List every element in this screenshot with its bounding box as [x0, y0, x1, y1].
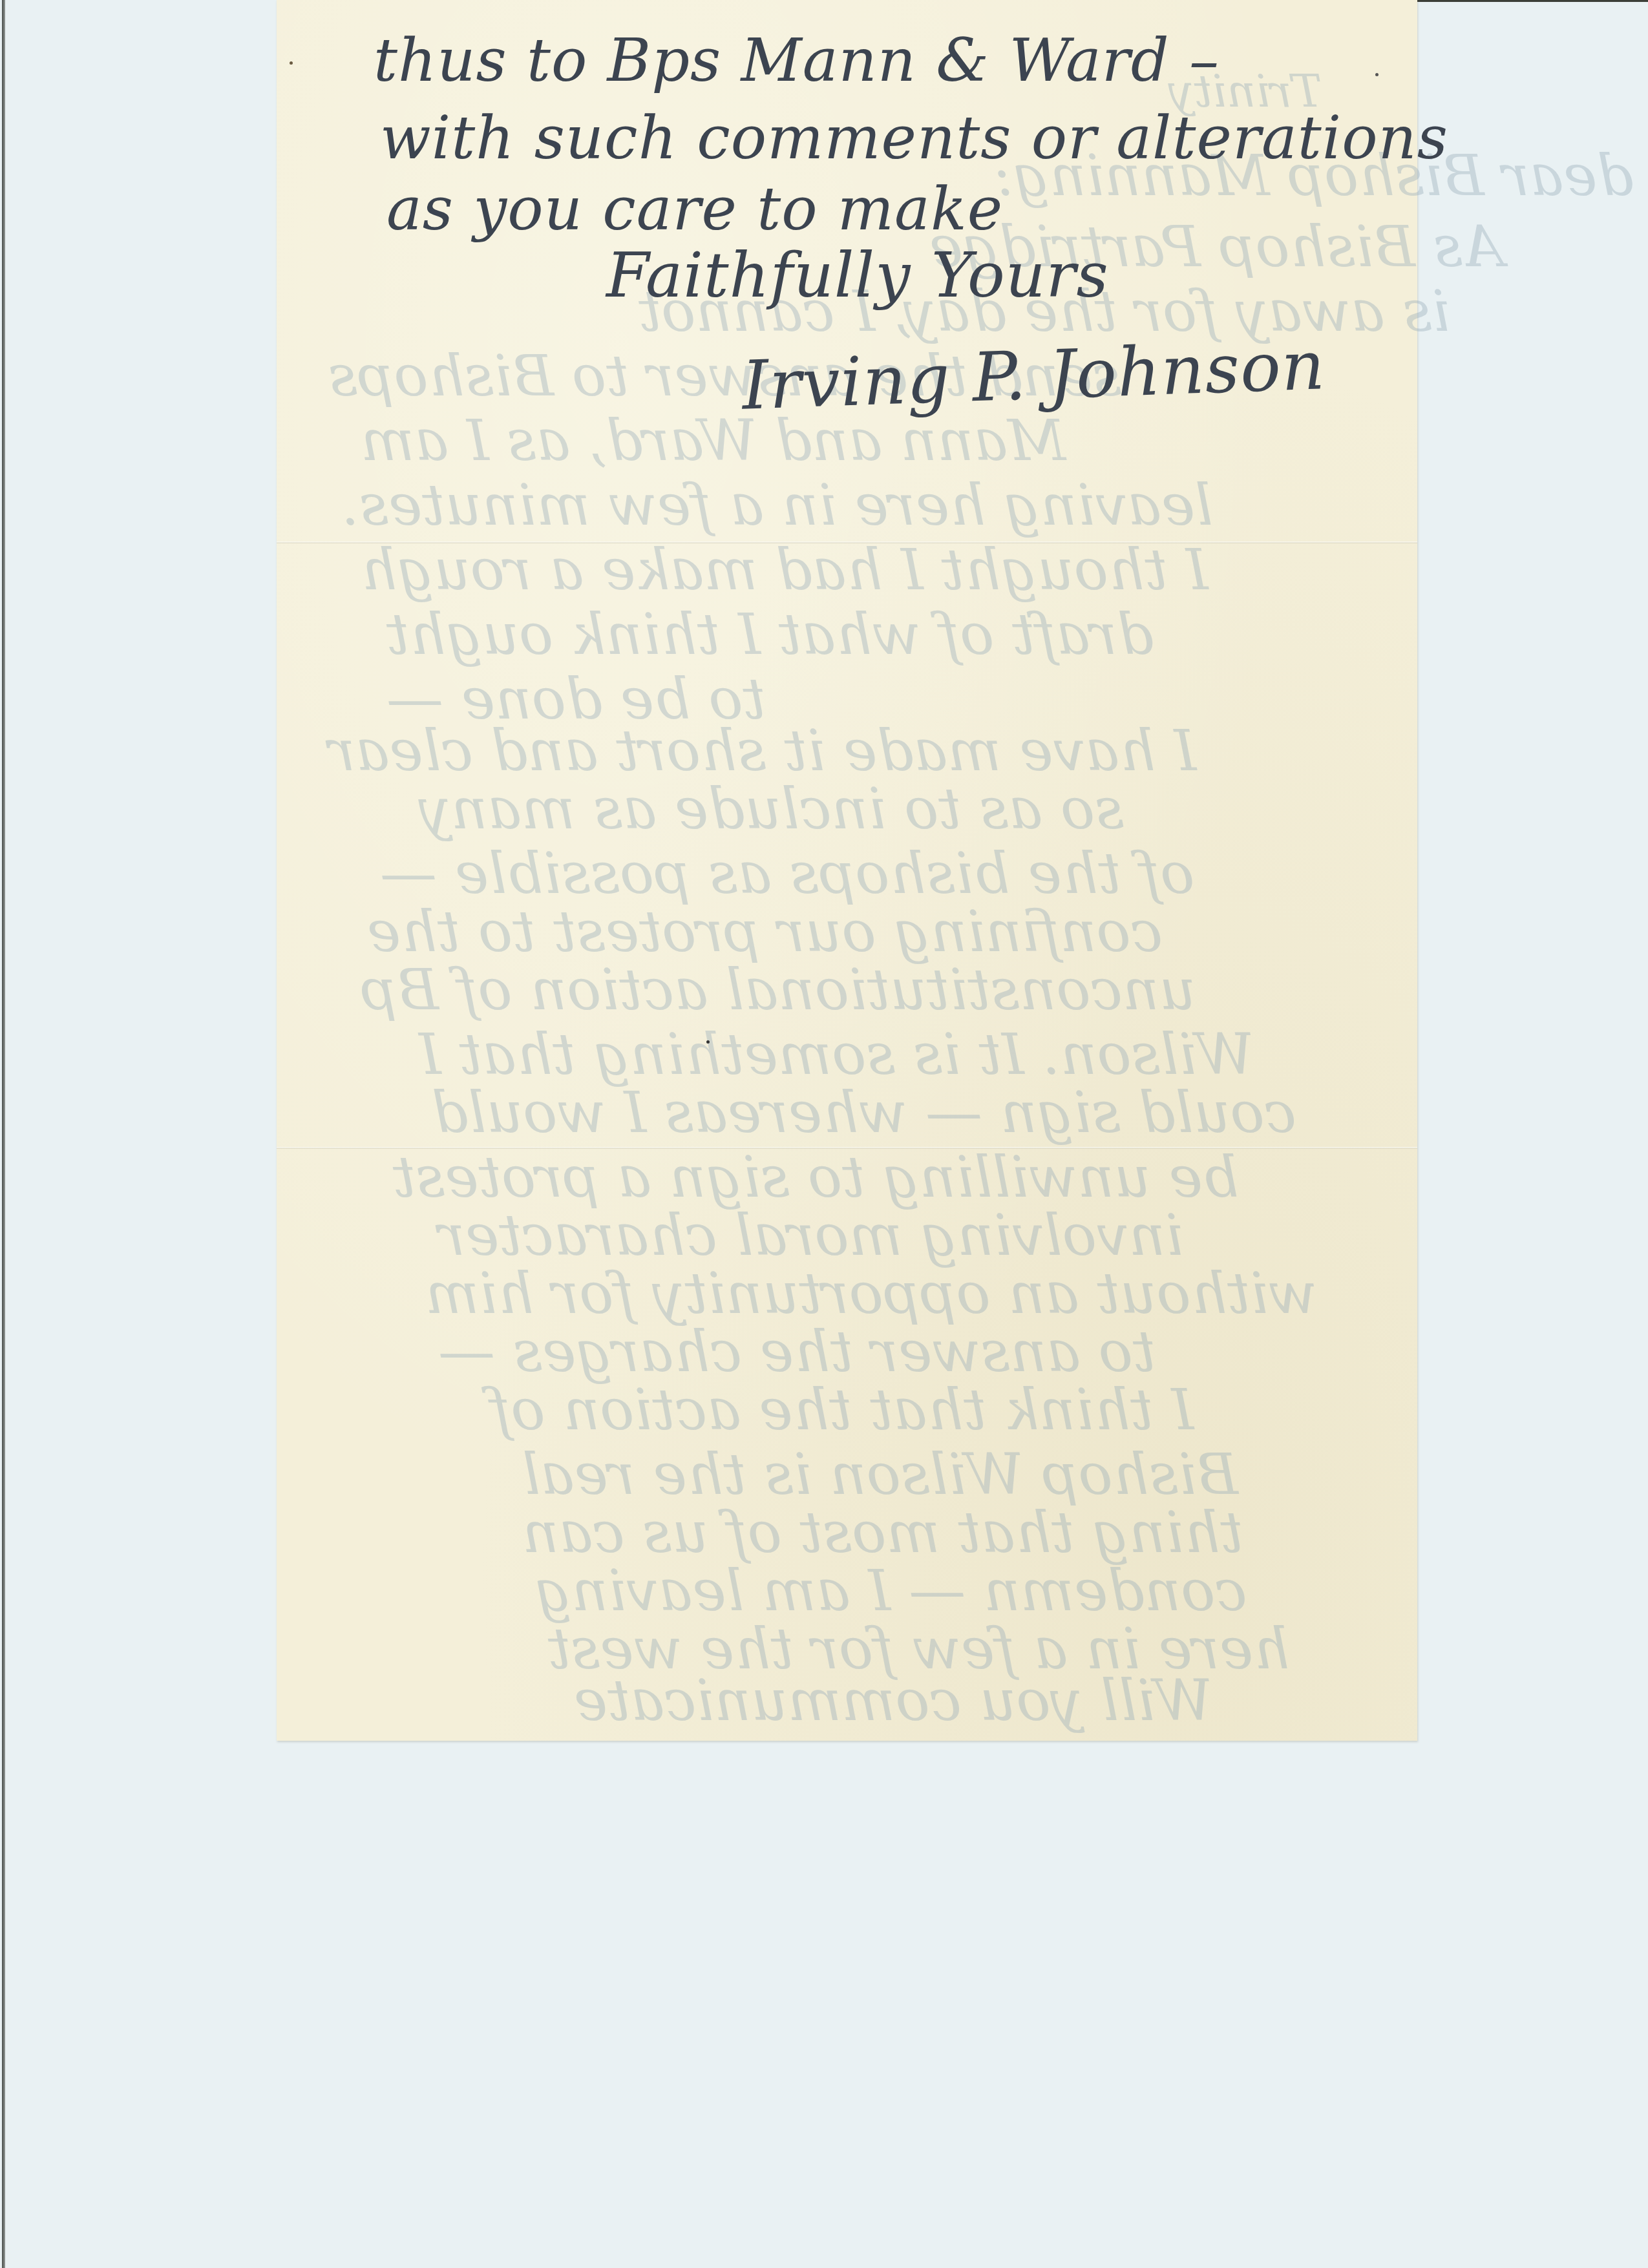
- bleed-through-line: draft of what I think ought: [386, 601, 1154, 667]
- bleed-through-line: I thought I had make a rough: [361, 536, 1208, 603]
- paper-speck: [290, 61, 293, 65]
- bleed-through-line: I think that the action of: [490, 1376, 1194, 1443]
- bleed-through-line: leaving here in a few minutes.: [341, 472, 1213, 538]
- scanner-edge-left: [2, 0, 5, 2268]
- paper-speck: [706, 1040, 710, 1044]
- bleed-through-line: thing that most of us can: [522, 1499, 1243, 1566]
- letter-line: thus to Bps Mann & Ward –: [374, 26, 1220, 95]
- bleed-through-line: to answer the charges —: [438, 1318, 1156, 1385]
- letter-line: as you care to make: [386, 174, 1003, 244]
- letter-line: with such comments or alterations: [380, 103, 1448, 173]
- bleed-through-line: be unwilling to sign a protest: [393, 1144, 1239, 1210]
- bleed-through-line: condemn — I am leaving: [535, 1557, 1247, 1624]
- letter-page: Trinity My dear Bishop Manning: As Bisho…: [277, 0, 1417, 1741]
- bleed-through-line: confining our protest to the: [367, 898, 1163, 965]
- bleed-through-line: of the bishops as possible —: [380, 840, 1194, 907]
- bleed-through-line: could sign — whereas I would: [432, 1079, 1296, 1146]
- bleed-through-line: unconstitutional action of Bp: [361, 956, 1196, 1023]
- scanner-edge-top: [1417, 0, 1648, 2]
- letter-closing: Faithfully Yours: [606, 239, 1109, 311]
- bleed-through-line: I have made it short and clear: [328, 717, 1196, 784]
- paper-speck: [1375, 73, 1379, 76]
- bleed-through-line: involving moral character: [438, 1202, 1183, 1268]
- bleed-through-line: so as to include as many: [419, 775, 1124, 842]
- bleed-through-line: without an opportunity for him: [425, 1260, 1317, 1327]
- bleed-through-line: Bishop Wilson is the real: [522, 1441, 1238, 1507]
- bleed-through-line: Wilson. It is something that I: [419, 1021, 1254, 1087]
- bleed-through-line: Will you communicate: [574, 1667, 1213, 1734]
